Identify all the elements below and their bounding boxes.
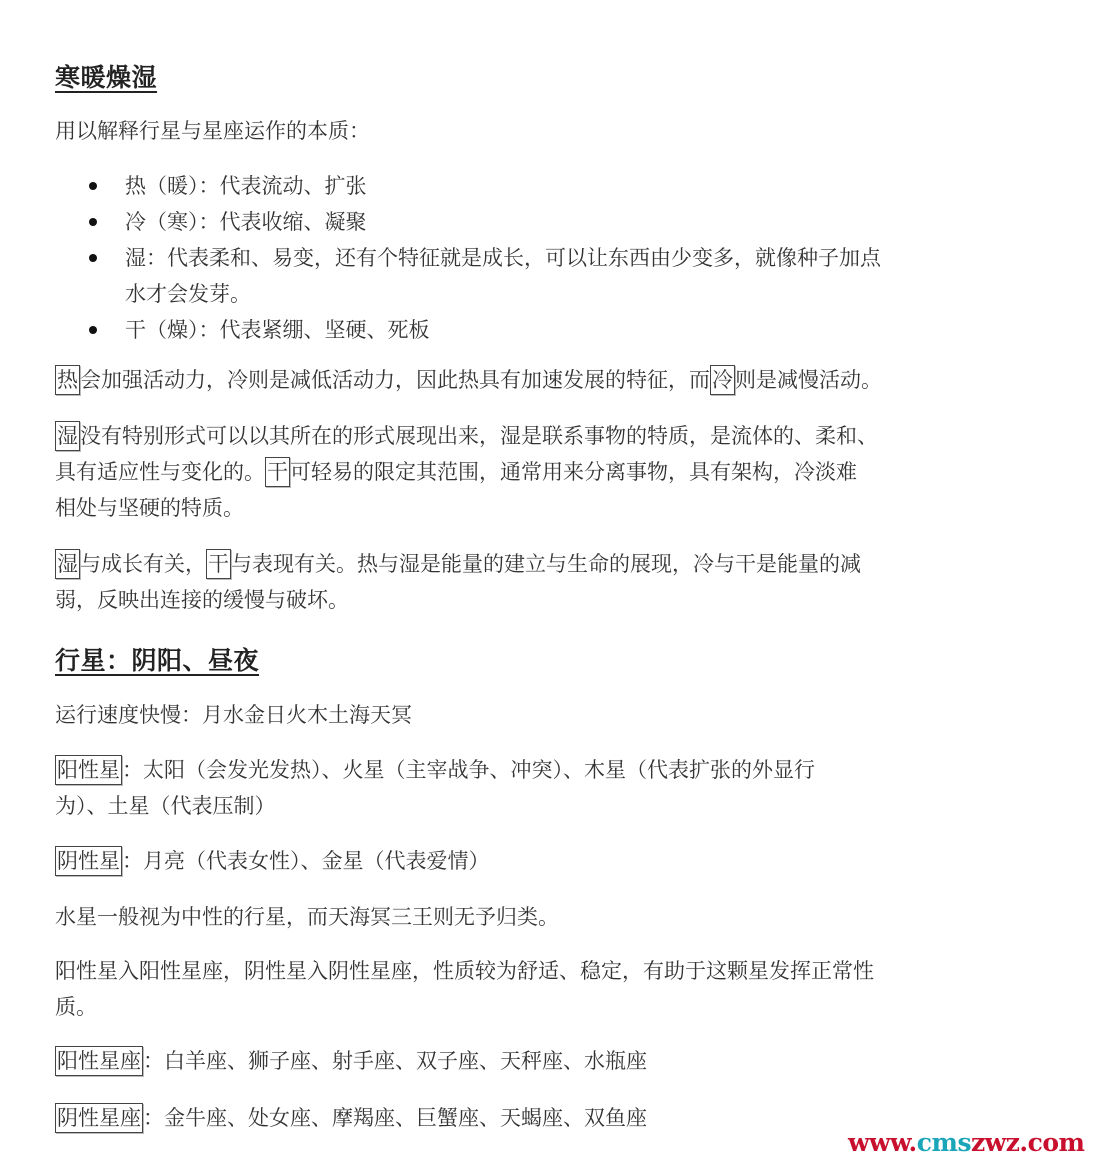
bullet-icon — [89, 182, 97, 190]
watermark-logo: www.cmszwz.com — [848, 1128, 1084, 1157]
list-item-wet: 湿：代表柔和、易变，还有个特征就是成长，可以让东西由少变多，就像种子加点 水才会… — [55, 240, 881, 312]
bullet-icon — [89, 218, 97, 226]
boxed-term-wet: 湿 — [55, 421, 80, 451]
boxed-term-cold: 冷 — [710, 365, 735, 395]
section-heading-planets-yin-yang: 行星：阴阳、昼夜 — [55, 641, 259, 677]
speed-paragraph: 运行速度快慢：月水金日火木土海天冥 — [55, 697, 412, 733]
section-heading-hot-cold-dry-wet: 寒暖燥湿 — [55, 58, 157, 94]
boxed-label-yang-signs: 阳性星座 — [55, 1046, 143, 1076]
boxed-term-wet: 湿 — [55, 549, 80, 579]
boxed-term-dry: 干 — [265, 457, 290, 487]
qualities-list: 热（暖）：代表流动、扩张 冷（寒）：代表收缩、凝聚 湿：代表柔和、易变，还有个特… — [55, 168, 881, 348]
paragraph-growth-expression: 湿与成长有关，干与表现有关。热与湿是能量的建立与生命的展现，冷与干是能量的减 弱… — [55, 546, 861, 618]
yin-planets-paragraph: 阴性星：月亮（代表女性）、金星（代表爱情） — [55, 843, 490, 879]
boxed-term-hot: 热 — [55, 365, 80, 395]
bullet-icon — [89, 326, 97, 334]
yang-signs-paragraph: 阳性星座：白羊座、狮子座、射手座、双子座、天秤座、水瓶座 — [55, 1043, 647, 1079]
list-item-hot: 热（暖）：代表流动、扩张 — [55, 168, 881, 204]
yang-planets-paragraph: 阳性星：太阳（会发光发热）、火星（主宰战争、冲突）、木星（代表扩张的外显行 为）… — [55, 752, 815, 824]
neutral-paragraph: 水星一般视为中性的行星，而天海冥三王则无予归类。 — [55, 899, 559, 935]
yin-signs-paragraph: 阴性星座：金牛座、处女座、摩羯座、巨蟹座、天蝎座、双鱼座 — [55, 1100, 647, 1136]
boxed-label-yin-signs: 阴性星座 — [55, 1103, 143, 1133]
boxed-label-yang-planets: 阳性星 — [55, 755, 122, 785]
harmony-paragraph: 阳性星入阳性星座，阴性星入阴性星座，性质较为舒适、稳定，有助于这颗星发挥正常性 … — [55, 953, 874, 1025]
boxed-term-dry: 干 — [206, 549, 231, 579]
paragraph-wet-dry: 湿没有特别形式可以以其所在的形式展现出来，湿是联系事物的特质，是流体的、柔和、 … — [55, 418, 878, 526]
bullet-icon — [89, 254, 97, 262]
list-item-cold: 冷（寒）：代表收缩、凝聚 — [55, 204, 881, 240]
boxed-label-yin-planets: 阴性星 — [55, 846, 122, 876]
paragraph-hot-cold: 热会加强活动力，冷则是减低活动力，因此热具有加速发展的特征，而冷则是减慢活动。 — [55, 362, 882, 398]
intro-paragraph: 用以解释行星与星座运作的本质： — [55, 113, 370, 149]
list-item-dry: 干（燥）：代表紧绷、坚硬、死板 — [55, 312, 881, 348]
